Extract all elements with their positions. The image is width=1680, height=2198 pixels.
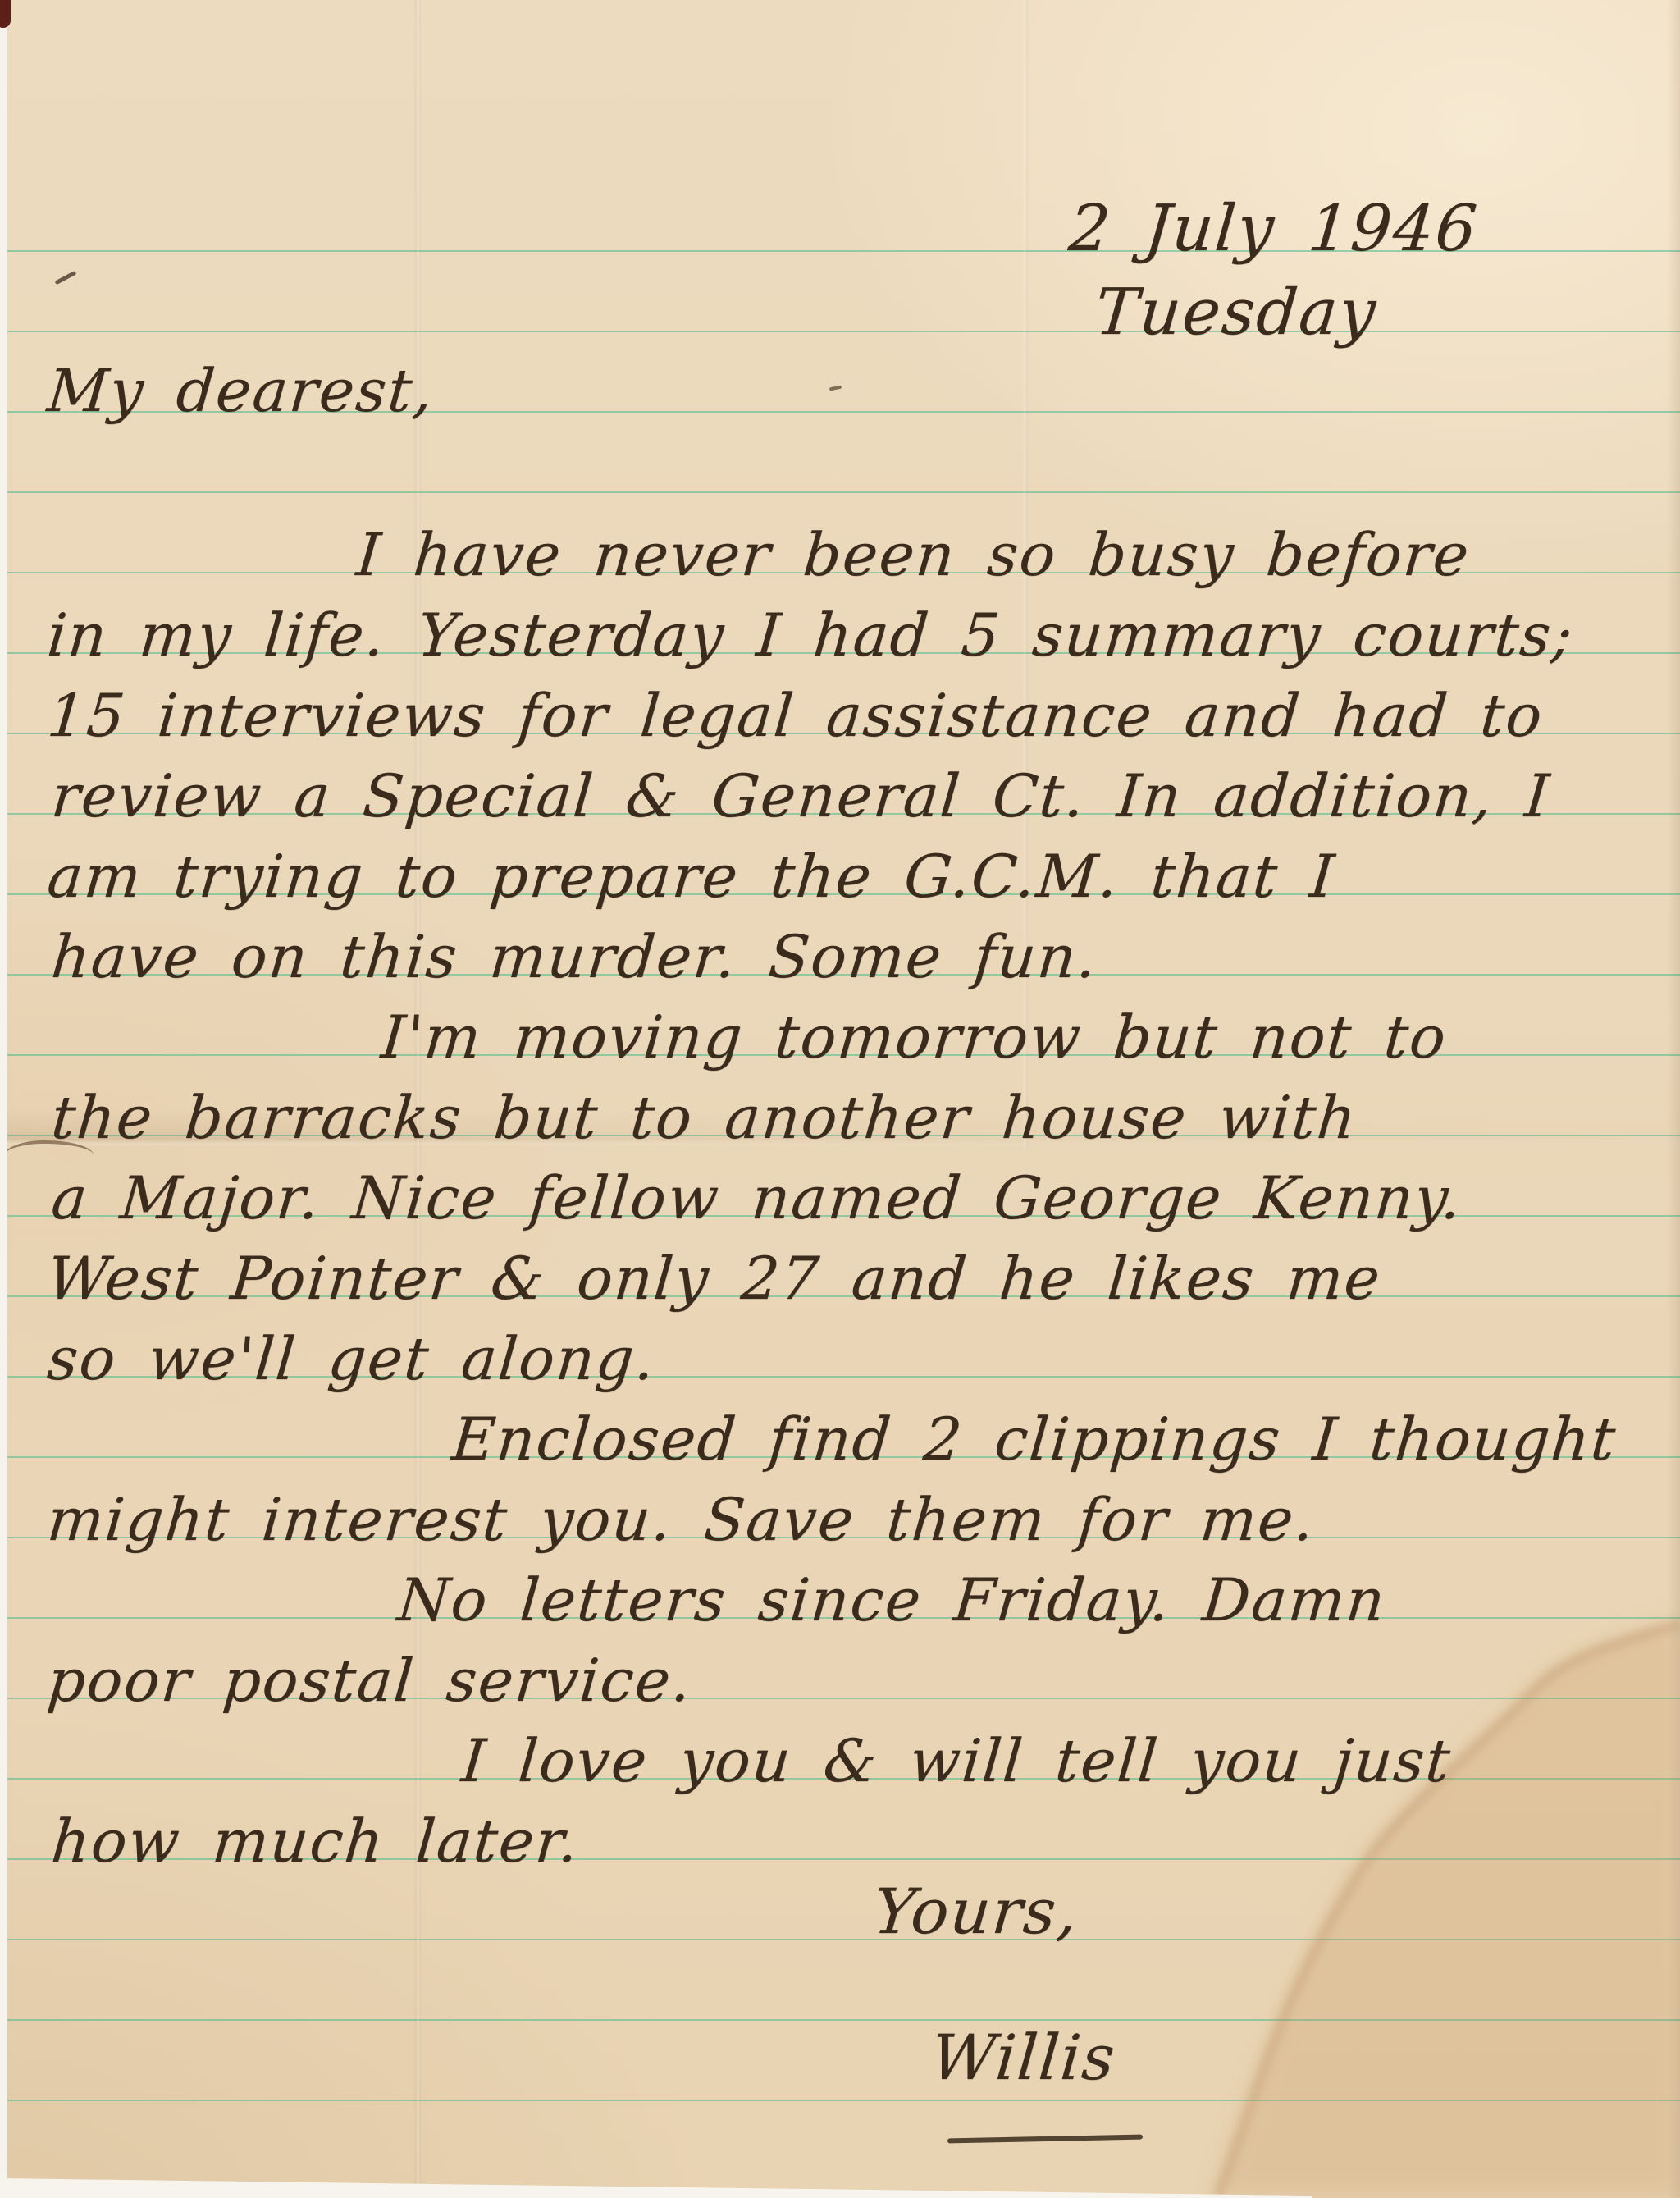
handwriting-line: 15 interviews for legal assistance and h… — [45, 686, 1545, 745]
closing: Yours, — [871, 1880, 1081, 1943]
handwriting-line: a Major. Nice fellow named George Kenny. — [49, 1168, 1465, 1227]
handwriting-line: might interest you. Save them for me. — [45, 1490, 1317, 1549]
signature-flourish — [947, 2135, 1143, 2144]
binding-mark-top-left — [0, 0, 11, 28]
paper-edge-left — [0, 0, 7, 2198]
letter-page: 2 July 1946 Tuesday My dearest, I have n… — [0, 0, 1680, 2198]
salutation: My dearest, — [45, 361, 436, 420]
handwriting-line: I love you & will tell you just — [459, 1731, 1454, 1790]
date-day-line: 2 July 1946 — [1066, 197, 1481, 261]
paper-edge-bottom — [0, 2178, 1312, 2198]
handwriting-line: poor postal service. — [45, 1651, 695, 1710]
handwriting-line: Enclosed find 2 clippings I thought — [450, 1410, 1619, 1469]
handwriting-line: have on this murder. Some fun. — [49, 927, 1100, 986]
handwriting-line: am trying to prepare the G.C.M. that I — [45, 847, 1338, 906]
handwriting-line: in my life. Yesterday I had 5 summary co… — [45, 605, 1577, 665]
date-weekday-line: Tuesday — [1093, 281, 1380, 345]
handwriting-line: No letters since Friday. Damn — [395, 1570, 1389, 1629]
signature: Willis — [929, 2027, 1119, 2089]
handwriting-line: review a Special & General Ct. In additi… — [49, 766, 1553, 825]
handwriting-line: so we'll get along. — [45, 1329, 659, 1388]
paper-edge-right-shadow — [1667, 0, 1680, 2198]
handwriting-line: I have never been so busy before — [354, 525, 1472, 584]
handwriting-line: West Pointer & only 27 and he likes me — [45, 1249, 1384, 1308]
handwriting-line: the barracks but to another house with — [49, 1088, 1359, 1147]
handwriting-line: I'm moving tomorrow but not to — [379, 1008, 1449, 1067]
handwriting-line: how much later. — [49, 1812, 582, 1871]
